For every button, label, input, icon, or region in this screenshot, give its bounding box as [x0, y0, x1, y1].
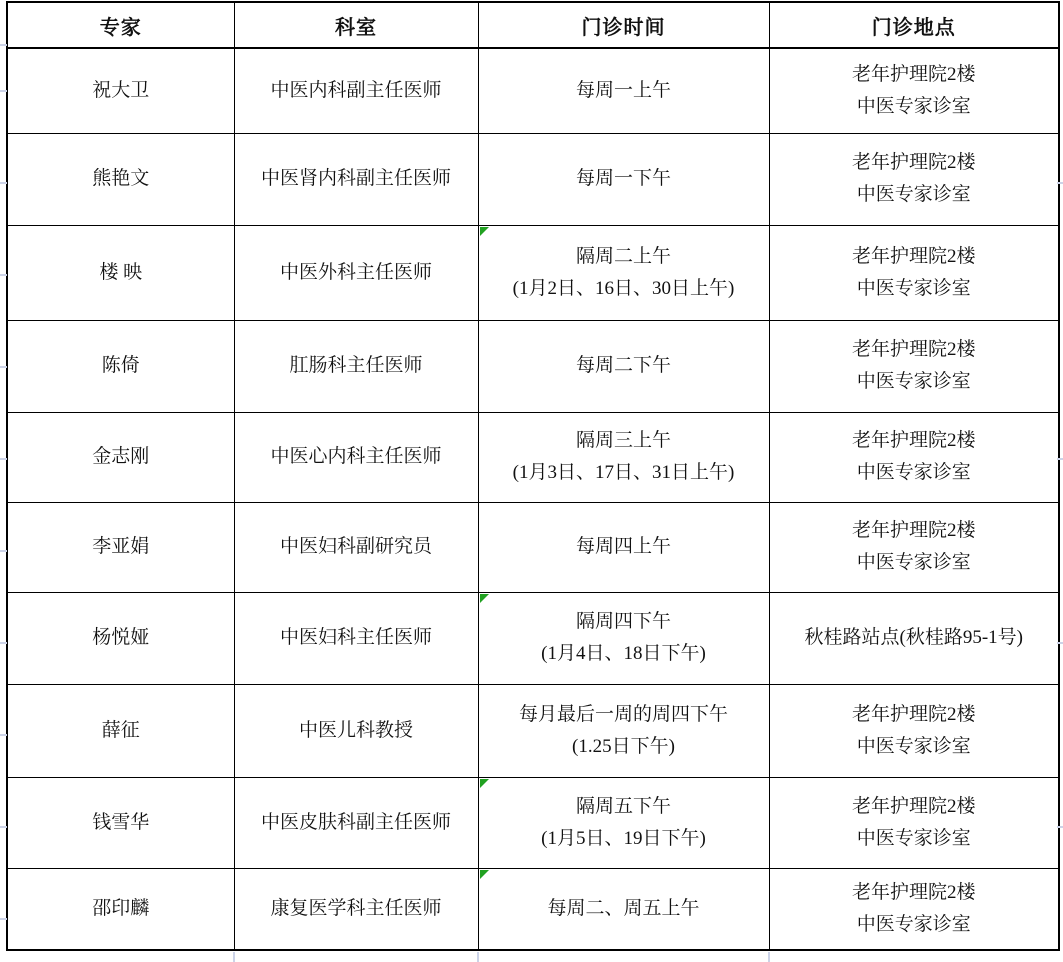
time-line: 隔周五下午 [479, 791, 769, 823]
spreadsheet-gridline-stub [0, 366, 7, 368]
expert-name-cell[interactable]: 金志刚 [7, 412, 234, 502]
header-expert[interactable]: 专家 [7, 2, 234, 48]
table-row: 钱雪华 中医皮肤科副主任医师 隔周五下午 (1月5日、19日下午) 老年护理院2… [7, 777, 1059, 868]
spreadsheet-gridline-stub [0, 458, 7, 460]
clinic-location-cell[interactable]: 老年护理院2楼 中医专家诊室 [769, 412, 1059, 502]
expert-name-cell[interactable]: 杨悦娅 [7, 592, 234, 684]
clinic-location-cell[interactable]: 老年护理院2楼 中医专家诊室 [769, 320, 1059, 412]
clinic-location-cell[interactable]: 秋桂路站点(秋桂路95-1号) [769, 592, 1059, 684]
location-line: 中医专家诊室 [770, 457, 1059, 489]
spreadsheet-gridline-stub [0, 826, 7, 828]
clinic-location-cell[interactable]: 老年护理院2楼 中医专家诊室 [769, 684, 1059, 777]
department-cell[interactable]: 中医心内科主任医师 [234, 412, 478, 502]
spreadsheet-gridline-stub [1057, 826, 1063, 828]
cell-corner-marker-icon [480, 870, 489, 879]
header-clinic-time[interactable]: 门诊时间 [478, 2, 769, 48]
clinic-location-cell[interactable]: 老年护理院2楼 中医专家诊室 [769, 225, 1059, 320]
location-line: 老年护理院2楼 [770, 515, 1059, 547]
location-line: 中医专家诊室 [770, 909, 1059, 941]
clinic-location-cell[interactable]: 老年护理院2楼 中医专家诊室 [769, 502, 1059, 592]
location-line: 老年护理院2楼 [770, 334, 1059, 366]
spreadsheet-gridline-stub [0, 90, 7, 92]
header-row: 专家 科室 门诊时间 门诊地点 [7, 2, 1059, 48]
location-line: 老年护理院2楼 [770, 241, 1059, 273]
location-line: 中医专家诊室 [770, 179, 1059, 211]
department-cell[interactable]: 中医皮肤科副主任医师 [234, 777, 478, 868]
clinic-location-cell[interactable]: 老年护理院2楼 中医专家诊室 [769, 48, 1059, 133]
table-row: 楼 映 中医外科主任医师 隔周二上午 (1月2日、16日、30日上午) 老年护理… [7, 225, 1059, 320]
table-row: 杨悦娅 中医妇科主任医师 隔周四下午 (1月4日、18日下午) 秋桂路站点(秋桂… [7, 592, 1059, 684]
spreadsheet-gridline-stub [1057, 458, 1063, 460]
clinic-location-cell[interactable]: 老年护理院2楼 中医专家诊室 [769, 133, 1059, 225]
location-line: 中医专家诊室 [770, 731, 1059, 763]
department-cell[interactable]: 中医儿科教授 [234, 684, 478, 777]
table-row: 金志刚 中医心内科主任医师 隔周三上午 (1月3日、17日、31日上午) 老年护… [7, 412, 1059, 502]
clinic-time-cell[interactable]: 每周四上午 [478, 502, 769, 592]
location-line: 老年护理院2楼 [770, 425, 1059, 457]
expert-name-cell[interactable]: 陈倚 [7, 320, 234, 412]
department-cell[interactable]: 肛肠科主任医师 [234, 320, 478, 412]
spreadsheet-gridline-stub [768, 952, 770, 962]
spreadsheet-gridline-stub [0, 274, 7, 276]
time-line: (1月4日、18日下午) [479, 638, 769, 670]
clinic-time-cell[interactable]: 每周二、周五上午 [478, 868, 769, 950]
location-line: 老年护理院2楼 [770, 877, 1059, 909]
time-line: (1月5日、19日下午) [479, 823, 769, 855]
header-clinic-location[interactable]: 门诊地点 [769, 2, 1059, 48]
clinic-time-cell[interactable]: 隔周五下午 (1月5日、19日下午) [478, 777, 769, 868]
location-line: 秋桂路站点(秋桂路95-1号) [770, 622, 1059, 654]
department-cell[interactable]: 中医外科主任医师 [234, 225, 478, 320]
clinic-time-cell[interactable]: 每周一上午 [478, 48, 769, 133]
cell-corner-marker-icon [480, 779, 489, 788]
clinic-time-cell[interactable]: 每周二下午 [478, 320, 769, 412]
table-row: 熊艳文 中医肾内科副主任医师 每周一下午 老年护理院2楼 中医专家诊室 [7, 133, 1059, 225]
location-line: 中医专家诊室 [770, 366, 1059, 398]
spreadsheet-gridline-stub [477, 952, 479, 962]
time-line: 每周四上午 [479, 531, 769, 563]
department-cell[interactable]: 中医肾内科副主任医师 [234, 133, 478, 225]
time-line: 每月最后一周的周四下午 [479, 699, 769, 731]
expert-name-cell[interactable]: 楼 映 [7, 225, 234, 320]
spreadsheet-gridline-stub [1057, 182, 1063, 184]
expert-name-cell[interactable]: 邵印麟 [7, 868, 234, 950]
time-line: 每周二、周五上午 [479, 893, 769, 925]
department-cell[interactable]: 中医妇科副研究员 [234, 502, 478, 592]
header-department[interactable]: 科室 [234, 2, 478, 48]
expert-name-cell[interactable]: 祝大卫 [7, 48, 234, 133]
time-line: (1月3日、17日、31日上午) [479, 457, 769, 489]
clinic-time-cell[interactable]: 隔周四下午 (1月4日、18日下午) [478, 592, 769, 684]
location-line: 中医专家诊室 [770, 547, 1059, 579]
expert-name-cell[interactable]: 薛征 [7, 684, 234, 777]
department-cell[interactable]: 康复医学科主任医师 [234, 868, 478, 950]
table-row: 薛征 中医儿科教授 每月最后一周的周四下午 (1.25日下午) 老年护理院2楼 … [7, 684, 1059, 777]
clinic-time-cell[interactable]: 隔周二上午 (1月2日、16日、30日上午) [478, 225, 769, 320]
spreadsheet-gridline-stub [0, 44, 7, 46]
department-cell[interactable]: 中医妇科主任医师 [234, 592, 478, 684]
location-line: 老年护理院2楼 [770, 791, 1059, 823]
time-line: 每周二下午 [479, 350, 769, 382]
table-row: 陈倚 肛肠科主任医师 每周二下午 老年护理院2楼 中医专家诊室 [7, 320, 1059, 412]
expert-name-cell[interactable]: 李亚娟 [7, 502, 234, 592]
spreadsheet-gridline-stub [0, 182, 7, 184]
department-cell[interactable]: 中医内科副主任医师 [234, 48, 478, 133]
clinic-schedule-table: 专家 科室 门诊时间 门诊地点 祝大卫 中医内科副主任医师 每周一上午 老年护理… [6, 1, 1060, 951]
time-line: (1.25日下午) [479, 731, 769, 763]
location-line: 老年护理院2楼 [770, 699, 1059, 731]
time-line: (1月2日、16日、30日上午) [479, 273, 769, 305]
cell-corner-marker-icon [480, 227, 489, 236]
spreadsheet-gridline-stub [233, 952, 235, 962]
time-line: 每周一上午 [479, 75, 769, 107]
time-line: 每周一下午 [479, 163, 769, 195]
location-line: 老年护理院2楼 [770, 147, 1059, 179]
spreadsheet-gridline-stub [0, 642, 7, 644]
cell-corner-marker-icon [480, 594, 489, 603]
clinic-time-cell[interactable]: 每月最后一周的周四下午 (1.25日下午) [478, 684, 769, 777]
time-line: 隔周四下午 [479, 606, 769, 638]
clinic-time-cell[interactable]: 隔周三上午 (1月3日、17日、31日上午) [478, 412, 769, 502]
spreadsheet-view: 专家 科室 门诊时间 门诊地点 祝大卫 中医内科副主任医师 每周一上午 老年护理… [0, 0, 1063, 962]
spreadsheet-gridline-stub [0, 918, 7, 920]
clinic-location-cell[interactable]: 老年护理院2楼 中医专家诊室 [769, 777, 1059, 868]
clinic-location-cell[interactable]: 老年护理院2楼 中医专家诊室 [769, 868, 1059, 950]
location-line: 老年护理院2楼 [770, 59, 1059, 91]
location-line: 中医专家诊室 [770, 91, 1059, 123]
table-row: 祝大卫 中医内科副主任医师 每周一上午 老年护理院2楼 中医专家诊室 [7, 48, 1059, 133]
spreadsheet-gridline-stub [0, 734, 7, 736]
time-line: 隔周三上午 [479, 425, 769, 457]
expert-name-cell[interactable]: 熊艳文 [7, 133, 234, 225]
clinic-time-cell[interactable]: 每周一下午 [478, 133, 769, 225]
location-line: 中医专家诊室 [770, 273, 1059, 305]
expert-name-cell[interactable]: 钱雪华 [7, 777, 234, 868]
spreadsheet-gridline-stub [0, 550, 7, 552]
location-line: 中医专家诊室 [770, 823, 1059, 855]
time-line: 隔周二上午 [479, 241, 769, 273]
table-row: 李亚娟 中医妇科副研究员 每周四上午 老年护理院2楼 中医专家诊室 [7, 502, 1059, 592]
spreadsheet-gridline-stub [1057, 642, 1063, 644]
table-row: 邵印麟 康复医学科主任医师 每周二、周五上午 老年护理院2楼 中医专家诊室 [7, 868, 1059, 950]
